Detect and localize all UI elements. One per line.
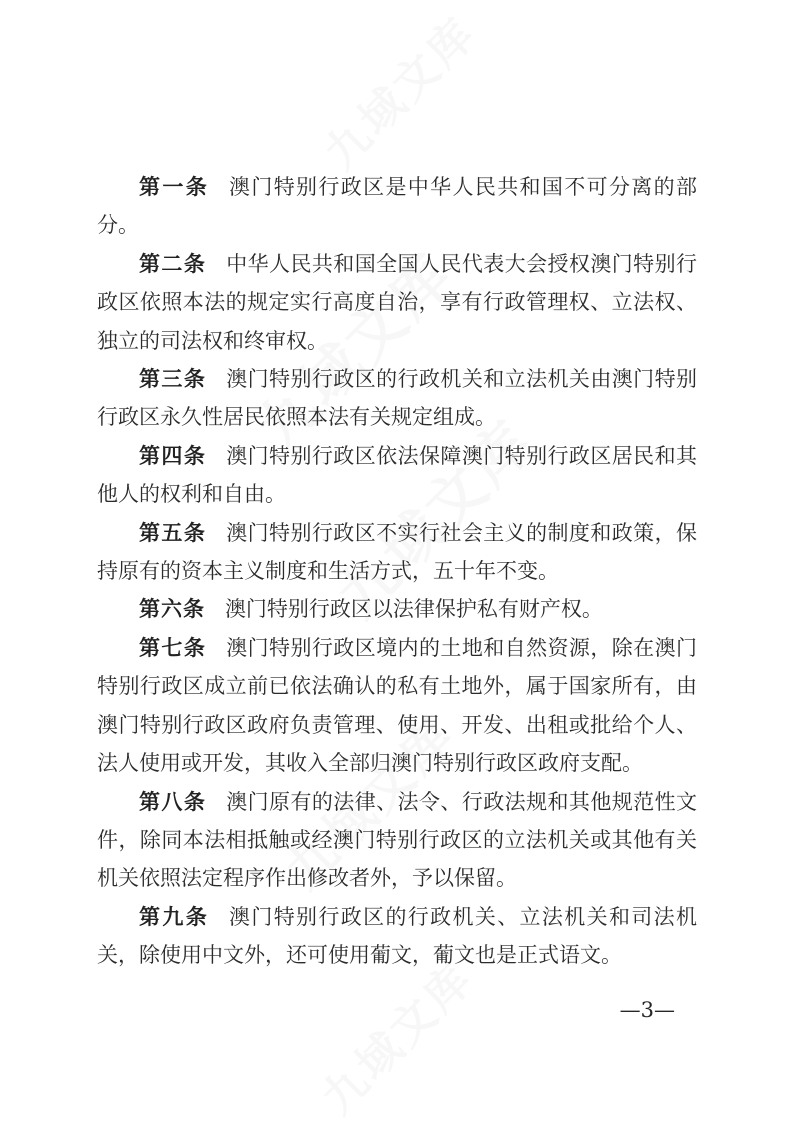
document-body: 第一条澳门特别行政区是中华人民共和国不可分离的部分。 第二条中华人民共和国全国人… (97, 168, 697, 975)
article-number: 第三条 (139, 367, 206, 391)
page-number: —3— (620, 998, 675, 1022)
article-text: 澳门特别行政区以法律保护私有财产权。 (225, 597, 603, 621)
article-paragraph: 第六条澳门特别行政区以法律保护私有财产权。 (97, 590, 697, 628)
article-paragraph: 第七条澳门特别行政区境内的土地和自然资源，除在澳门特别行政区成立前已依法确认的私… (97, 629, 697, 783)
article-number: 第五条 (139, 521, 206, 545)
article-number: 第七条 (139, 636, 206, 660)
article-paragraph: 第九条澳门特别行政区的行政机关、立法机关和司法机关，除使用中文外，还可使用葡文，… (97, 898, 697, 975)
article-paragraph: 第一条澳门特别行政区是中华人民共和国不可分离的部分。 (97, 168, 697, 245)
article-paragraph: 第四条澳门特别行政区依法保障澳门特别行政区居民和其他人的权利和自由。 (97, 437, 697, 514)
article-number: 第八条 (139, 790, 206, 814)
article-number: 第六条 (139, 597, 205, 621)
article-number: 第一条 (139, 175, 209, 199)
article-paragraph: 第八条澳门原有的法律、法令、行政法规和其他规范性文件，除同本法相抵触或经澳门特别… (97, 783, 697, 898)
article-number: 第九条 (139, 905, 209, 929)
watermark-text: 九域文库 (307, 0, 488, 181)
document-page: 九域文库 九域文库 九域文库 九域文库 九域文库 第一条澳门特别行政区是中华人民… (0, 0, 793, 1122)
article-paragraph: 第二条中华人民共和国全国人民代表大会授权澳门特别行政区依照本法的规定实行高度自治… (97, 245, 697, 360)
article-paragraph: 第三条澳门特别行政区的行政机关和立法机关由澳门特别行政区永久性居民依照本法有关规… (97, 360, 697, 437)
article-number: 第四条 (139, 444, 206, 468)
article-number: 第二条 (139, 252, 206, 276)
article-paragraph: 第五条澳门特别行政区不实行社会主义的制度和政策，保持原有的资本主义制度和生活方式… (97, 514, 697, 591)
